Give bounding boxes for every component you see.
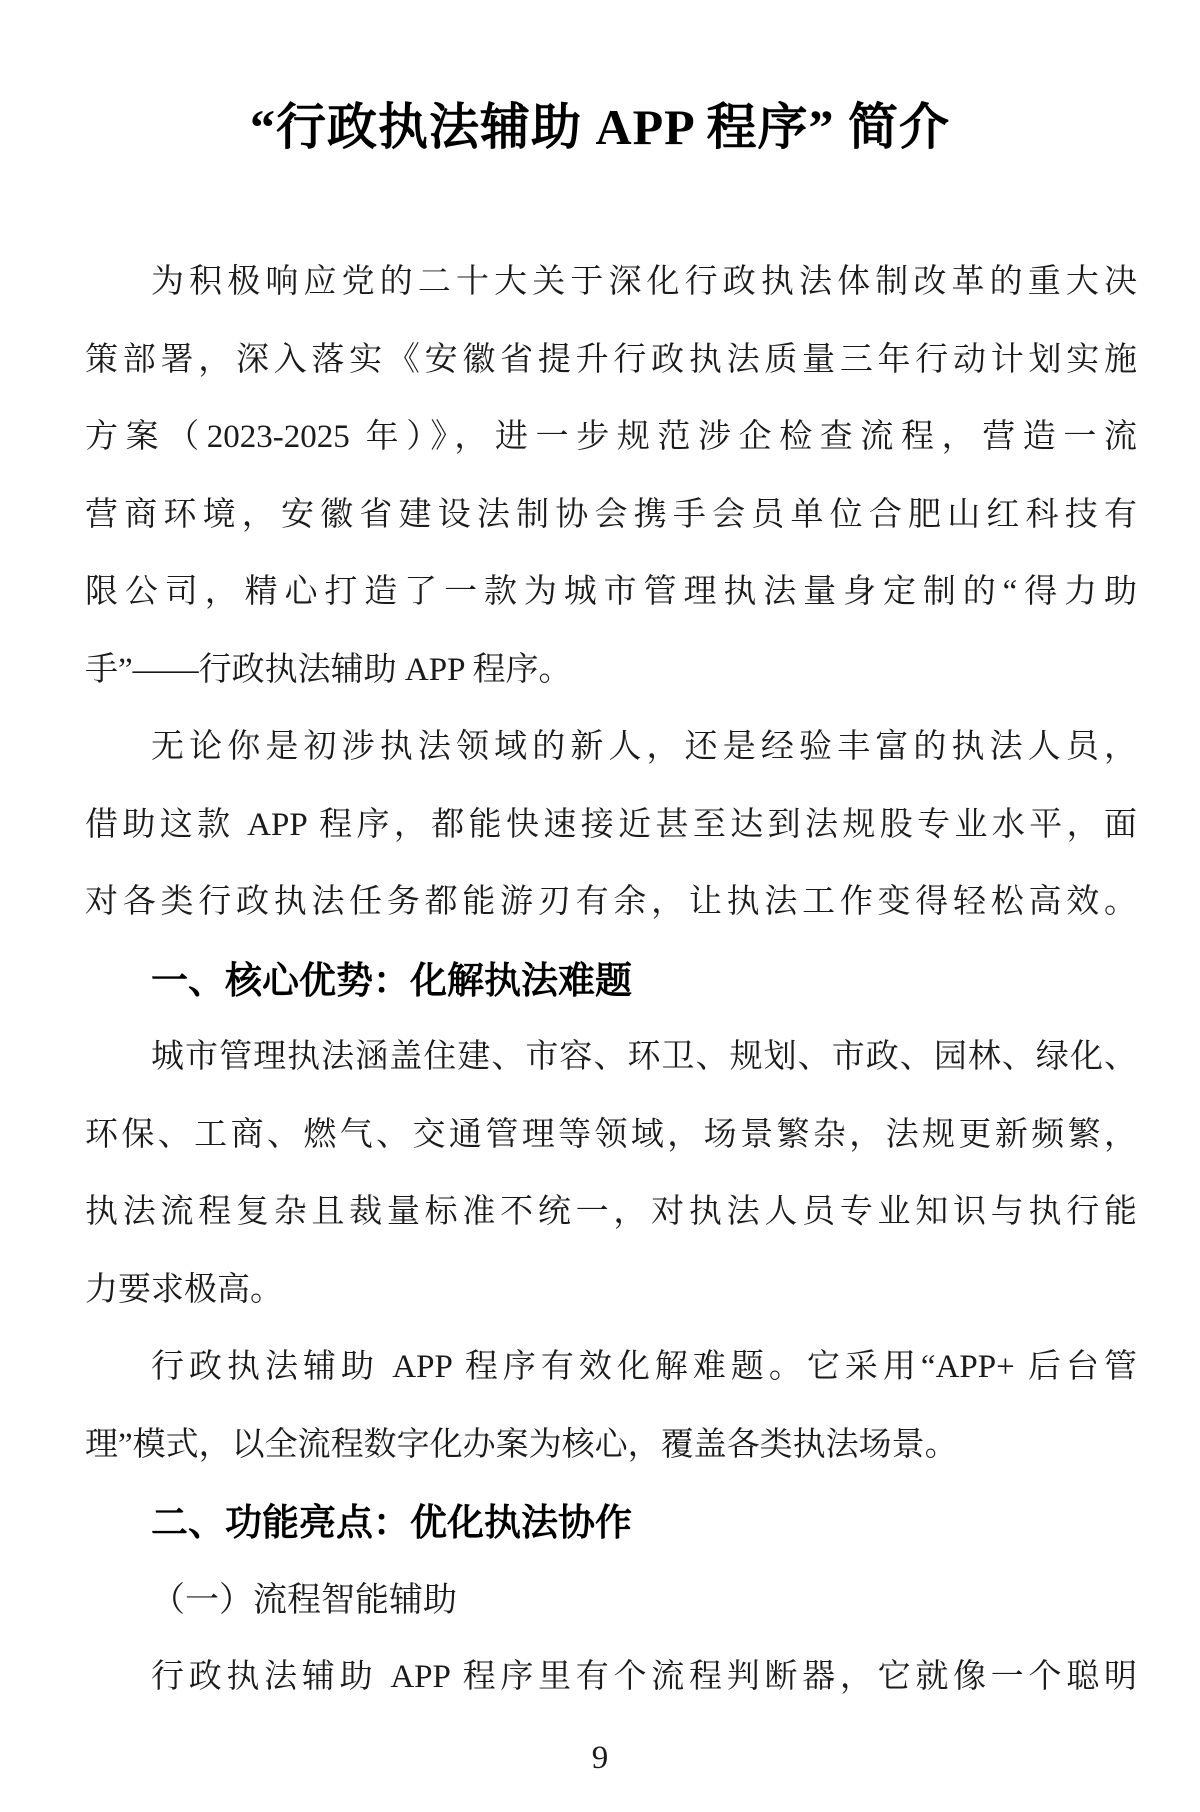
section-heading-core-advantages: 一、核心优势：化解执法难题 bbox=[85, 942, 1137, 1020]
paragraph-line: 城市管理执法涵盖住建、市容、环卫、规划、市政、园林、绿化、 bbox=[85, 1019, 1137, 1097]
paragraph-line: 无论你是初涉执法领域的新人，还是经验丰富的执法人员， bbox=[85, 709, 1137, 787]
paragraph-line: 行政执法辅助 APP 程序有效化解难题。它采用“APP+ 后台管 bbox=[85, 1329, 1137, 1407]
document-title: “行政执法辅助 APP 程序” 简介 bbox=[0, 97, 1200, 157]
paragraph-line: 对各类行政执法任务都能游刃有余，让执法工作变得轻松高效。 bbox=[85, 864, 1137, 942]
paragraph-line: 环保、工商、燃气、交通管理等领域，场景繁杂，法规更新频繁， bbox=[85, 1097, 1137, 1175]
document-body: 为积极响应党的二十大关于深化行政执法体制改革的重大决 策部署，深入落实《安徽省提… bbox=[85, 244, 1137, 1717]
paragraph-line: 借助这款 APP 程序，都能快速接近甚至达到法规股专业水平，面 bbox=[85, 787, 1137, 865]
page-number: 9 bbox=[0, 1736, 1200, 1780]
paragraph-line: 行政执法辅助 APP 程序里有个流程判断器，它就像一个聪明 bbox=[85, 1639, 1137, 1717]
paragraph-line: 策部署，深入落实《安徽省提升行政执法质量三年行动计划实施 bbox=[85, 322, 1137, 400]
paragraph-line: 力要求极高。 bbox=[85, 1252, 1137, 1330]
subsection-heading-process-assist: （一）流程智能辅助 bbox=[85, 1562, 1137, 1640]
paragraph-line: 为积极响应党的二十大关于深化行政执法体制改革的重大决 bbox=[85, 244, 1137, 322]
paragraph-line: 执法流程复杂且裁量标准不统一，对执法人员专业知识与执行能 bbox=[85, 1174, 1137, 1252]
document-page: “行政执法辅助 APP 程序” 简介 为积极响应党的二十大关于深化行政执法体制改… bbox=[0, 0, 1200, 1812]
paragraph-line: 手”——行政执法辅助 APP 程序。 bbox=[85, 632, 1137, 710]
paragraph-line: 理”模式，以全流程数字化办案为核心，覆盖各类执法场景。 bbox=[85, 1407, 1137, 1485]
section-heading-feature-highlights: 二、功能亮点：优化执法协作 bbox=[85, 1484, 1137, 1562]
paragraph-line: 方案（2023-2025 年）》，进一步规范涉企检查流程，营造一流 bbox=[85, 399, 1137, 477]
paragraph-line: 营商环境，安徽省建设法制协会携手会员单位合肥山红科技有 bbox=[85, 477, 1137, 555]
paragraph-line: 限公司，精心打造了一款为城市管理执法量身定制的“得力助 bbox=[85, 554, 1137, 632]
